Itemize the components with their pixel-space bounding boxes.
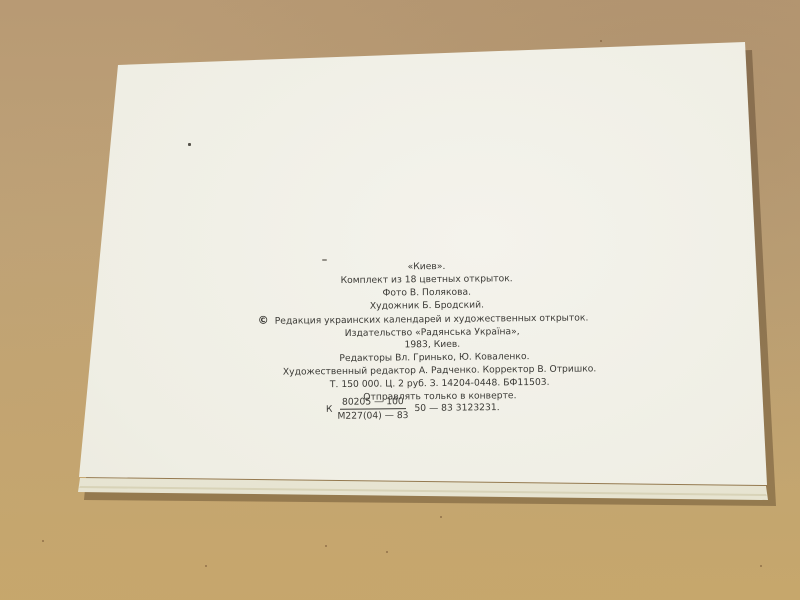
surface-speck bbox=[440, 516, 442, 518]
surface-speck bbox=[760, 565, 762, 567]
surface-speck bbox=[325, 545, 327, 547]
card-blemish bbox=[322, 259, 327, 261]
card-blemish bbox=[188, 143, 191, 146]
index-suffix: 50 — 83 3123231. bbox=[414, 402, 499, 414]
surface-speck bbox=[386, 551, 388, 553]
copyright-text: Редакция украинских календарей и художес… bbox=[275, 312, 589, 326]
index-numerator: 80205 — 100 bbox=[340, 396, 406, 410]
surface-speck bbox=[42, 540, 44, 542]
surface-speck bbox=[600, 40, 602, 42]
index-prefix: К bbox=[326, 404, 332, 414]
publisher-imprint: «Киев». Комплект из 18 цветных открыток.… bbox=[0, 257, 798, 408]
surface-speck bbox=[205, 565, 207, 567]
catalog-index-code: К 80205 — 100 М227(04) — 83 50 — 83 3123… bbox=[326, 395, 500, 422]
index-fraction: 80205 — 100 М227(04) — 83 bbox=[335, 396, 410, 422]
copyright-icon: © bbox=[258, 314, 269, 327]
index-denominator: М227(04) — 83 bbox=[335, 409, 410, 422]
